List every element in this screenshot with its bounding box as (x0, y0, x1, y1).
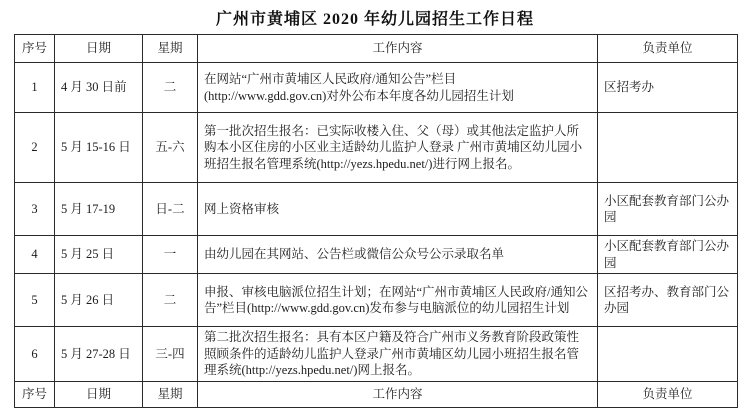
cell-weekday: 五-六 (143, 113, 198, 183)
cell-content: 由幼儿园在其网站、公告栏或微信公众号公示录取名单 (198, 236, 598, 274)
cell-unit (598, 327, 738, 382)
header-weekday: 星期 (143, 35, 198, 63)
header-no: 序号 (15, 35, 55, 63)
cell-content: 第二批次招生报名：具有本区户籍及符合广州市义务教育阶段政策性照顾条件的适龄幼儿监… (198, 327, 598, 382)
table-row: 3 5 月 17-19 日-二 网上资格审核 小区配套教育部门公办园 (15, 183, 738, 236)
cell-no: 6 (15, 327, 55, 382)
cell-unit: 小区配套教育部门公办园 (598, 236, 738, 274)
cell-weekday: 日-二 (143, 183, 198, 236)
table-row: 5 5 月 26 日 二 申报、审核电脑派位招生计划；在网站“广州市黄埔区人民政… (15, 274, 738, 327)
cell-no: 5 (15, 274, 55, 327)
schedule-table: 序号 日期 星期 工作内容 负责单位 1 4 月 30 日前 二 在网站“广州市… (14, 34, 738, 408)
footer-header-date: 日期 (55, 381, 143, 407)
header-unit: 负责单位 (598, 35, 738, 63)
cell-weekday: 二 (143, 274, 198, 327)
cell-no: 1 (15, 63, 55, 113)
footer-header-no: 序号 (15, 381, 55, 407)
cell-weekday: 一 (143, 236, 198, 274)
table-row: 1 4 月 30 日前 二 在网站“广州市黄埔区人民政府/通知公告”栏目 (ht… (15, 63, 738, 113)
cell-content: 网上资格审核 (198, 183, 598, 236)
cell-content: 在网站“广州市黄埔区人民政府/通知公告”栏目 (http://www.gdd.g… (198, 63, 598, 113)
cell-date: 4 月 30 日前 (55, 63, 143, 113)
cell-weekday: 二 (143, 63, 198, 113)
table-row: 2 5 月 15-16 日 五-六 第一批次招生报名：已实际收楼入住、父（母）或… (15, 113, 738, 183)
footer-header-weekday: 星期 (143, 381, 198, 407)
header-content: 工作内容 (198, 35, 598, 63)
cell-date: 5 月 25 日 (55, 236, 143, 274)
cell-date: 5 月 17-19 (55, 183, 143, 236)
cell-content: 第一批次招生报名：已实际收楼入住、父（母）或其他法定监护人所购本小区住房的小区业… (198, 113, 598, 183)
cell-unit: 区招考办、教育部门公办园 (598, 274, 738, 327)
cell-date: 5 月 27-28 日 (55, 327, 143, 382)
cell-unit (598, 113, 738, 183)
cell-no: 4 (15, 236, 55, 274)
page-title: 广州市黄埔区 2020 年幼儿园招生工作日程 (0, 6, 750, 29)
cell-no: 3 (15, 183, 55, 236)
footer-header-content: 工作内容 (198, 381, 598, 407)
table-row: 4 5 月 25 日 一 由幼儿园在其网站、公告栏或微信公众号公示录取名单 小区… (15, 236, 738, 274)
cell-unit: 区招考办 (598, 63, 738, 113)
cell-weekday: 三-四 (143, 327, 198, 382)
cell-date: 5 月 15-16 日 (55, 113, 143, 183)
cell-content: 申报、审核电脑派位招生计划；在网站“广州市黄埔区人民政府/通知公告”栏目(htt… (198, 274, 598, 327)
header-row: 序号 日期 星期 工作内容 负责单位 (15, 35, 738, 63)
cell-no: 2 (15, 113, 55, 183)
footer-header-row: 序号 日期 星期 工作内容 负责单位 (15, 381, 738, 407)
table-row: 6 5 月 27-28 日 三-四 第二批次招生报名：具有本区户籍及符合广州市义… (15, 327, 738, 382)
cell-date: 5 月 26 日 (55, 274, 143, 327)
footer-header-unit: 负责单位 (598, 381, 738, 407)
cell-unit: 小区配套教育部门公办园 (598, 183, 738, 236)
header-date: 日期 (55, 35, 143, 63)
